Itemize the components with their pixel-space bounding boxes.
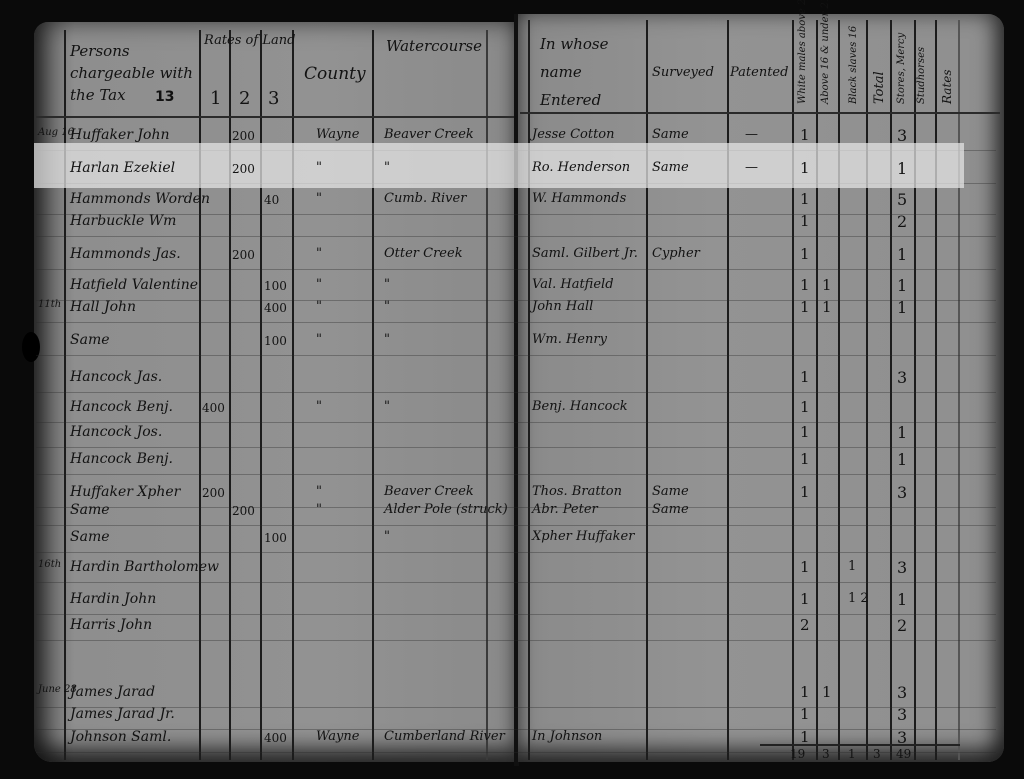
county-value: Wayne bbox=[316, 128, 359, 141]
header-rate-2: 2 bbox=[239, 90, 250, 108]
header-tally-studhorses: Studhorses bbox=[916, 47, 927, 104]
entered-name: Thos. Bratton bbox=[532, 485, 622, 498]
taxpayer-name: Huffaker John bbox=[70, 128, 169, 142]
watercourse-value: Beaver Creek bbox=[384, 485, 474, 498]
rate-2-acres: 200 bbox=[232, 249, 255, 261]
taxpayer-name: Huffaker Xpher bbox=[70, 485, 180, 499]
surveyed-value: Same bbox=[652, 485, 689, 498]
rate-1-acres: 400 bbox=[202, 402, 225, 414]
tally-total: 1 bbox=[897, 592, 907, 608]
row-rule bbox=[36, 322, 996, 323]
tally-total: 1 bbox=[897, 247, 907, 263]
taxpayer-name: Harbuckle Wm bbox=[70, 214, 176, 228]
entered-name: Ro. Henderson bbox=[532, 161, 630, 174]
tally-white-males: 1 bbox=[800, 161, 810, 176]
tally-slaves: 1 bbox=[848, 560, 856, 573]
tally-white-males: 1 bbox=[800, 485, 810, 500]
row-rule bbox=[36, 236, 996, 237]
county-value: " bbox=[316, 400, 322, 413]
tally-white-males: 1 bbox=[800, 400, 810, 415]
entered-name: In Johnson bbox=[532, 730, 602, 743]
entered-name: Jesse Cotton bbox=[532, 128, 615, 141]
tally-total: 1 bbox=[897, 278, 907, 294]
tally-white-males: 1 bbox=[800, 128, 810, 143]
watercourse-value: Otter Creek bbox=[384, 247, 463, 260]
taxpayer-name: Hardin Bartholomew bbox=[70, 560, 219, 574]
table-row[interactable] bbox=[520, 366, 1000, 392]
tally-white-males: 1 bbox=[800, 730, 810, 745]
taxpayer-name: Hammonds Worden bbox=[70, 192, 210, 206]
watercourse-value: " bbox=[384, 333, 390, 346]
county-value: " bbox=[316, 333, 322, 346]
taxpayer-name: Hancock Jas. bbox=[70, 370, 162, 384]
row-margin-date: 11th bbox=[38, 300, 61, 310]
watercourse-value: " bbox=[384, 400, 390, 413]
surveyed-value: Same bbox=[652, 161, 689, 174]
watercourse-value: " bbox=[384, 278, 390, 291]
county-value: " bbox=[316, 192, 322, 205]
watercourse-value: " bbox=[384, 530, 390, 543]
tally-white-males: 1 bbox=[800, 592, 810, 607]
header-tally-16-21: Above 16 & under 21 bbox=[820, 0, 831, 104]
entered-name: Benj. Hancock bbox=[532, 400, 628, 413]
total-tally4: 49 bbox=[896, 748, 911, 760]
total-tally3: 1 bbox=[848, 748, 856, 760]
rate-2-acres: 200 bbox=[232, 130, 255, 142]
header-tally-white-males: White males above 21 bbox=[797, 0, 808, 104]
tally-total: 3 bbox=[897, 128, 907, 144]
tally-total: 2 bbox=[897, 618, 907, 634]
taxpayer-name: Same bbox=[70, 333, 110, 347]
taxpayer-name: Hancock Benj. bbox=[70, 452, 173, 466]
rate-3-acres: 40 bbox=[264, 194, 279, 206]
header-rate-1: 1 bbox=[210, 90, 221, 108]
tally-white-males: 1 bbox=[800, 300, 810, 315]
header-surveyed: Surveyed bbox=[652, 66, 714, 79]
header-entered: In whose name Entered bbox=[540, 30, 640, 114]
row-rule bbox=[36, 392, 996, 393]
taxpayer-name: Same bbox=[70, 503, 110, 517]
tally-total: 3 bbox=[897, 560, 907, 576]
tally-slaves: 1 2 bbox=[848, 592, 869, 605]
tally-white-males: 1 bbox=[800, 370, 810, 385]
entered-name: Abr. Peter bbox=[532, 503, 598, 516]
row-rule bbox=[36, 640, 996, 641]
rate-3-acres: 100 bbox=[264, 335, 287, 347]
surveyed-value: Cypher bbox=[652, 247, 700, 260]
watercourse-value: " bbox=[384, 161, 390, 174]
header-watercourse: Watercourse bbox=[384, 30, 484, 62]
taxpayer-name: Hammonds Jas. bbox=[70, 247, 181, 261]
patented-value: — bbox=[745, 128, 758, 141]
county-value: " bbox=[316, 485, 322, 498]
tally-total: 3 bbox=[897, 685, 907, 701]
taxpayer-name: James Jarad Jr. bbox=[70, 707, 175, 721]
table-row[interactable] bbox=[520, 210, 1000, 236]
entered-name: Saml. Gilbert Jr. bbox=[532, 247, 638, 260]
table-row[interactable] bbox=[520, 448, 1000, 474]
row-rule bbox=[36, 582, 996, 583]
tally-total: 1 bbox=[897, 161, 907, 177]
tally-total: 1 bbox=[897, 425, 907, 441]
county-value: " bbox=[316, 278, 322, 291]
rate-3-acres: 100 bbox=[264, 280, 287, 292]
row-margin-date: 16th bbox=[38, 560, 61, 570]
surveyed-value: Same bbox=[652, 128, 689, 141]
entered-name: Wm. Henry bbox=[532, 333, 607, 346]
header-tally-stores: Stores, Mercy bbox=[896, 33, 907, 104]
tally-white-males: 1 bbox=[800, 707, 810, 722]
row-rule bbox=[36, 552, 996, 553]
table-row[interactable] bbox=[520, 614, 1000, 640]
patented-value: — bbox=[745, 161, 758, 174]
watercourse-value: Cumb. River bbox=[384, 192, 466, 205]
header-patented: Patented bbox=[730, 66, 788, 79]
taxpayer-name: Harris John bbox=[70, 618, 152, 632]
county-value: " bbox=[316, 161, 322, 174]
tally-16-21: 1 bbox=[822, 300, 832, 315]
taxpayer-name: Johnson Saml. bbox=[70, 730, 171, 744]
totals-rule bbox=[760, 744, 960, 746]
row-rule bbox=[36, 474, 996, 475]
header-tally-total: Total bbox=[872, 71, 887, 104]
table-row[interactable] bbox=[520, 588, 1000, 614]
rate-3-acres: 100 bbox=[264, 532, 287, 544]
row-rule bbox=[36, 183, 996, 184]
tally-16-21: 1 bbox=[822, 685, 832, 700]
header-rates-of-land: Rates of Land bbox=[204, 34, 295, 47]
row-rule bbox=[36, 269, 996, 270]
entered-name: John Hall bbox=[532, 300, 593, 313]
taxpayer-name: Hardin John bbox=[70, 592, 156, 606]
watercourse-value: Cumberland River bbox=[384, 730, 505, 743]
taxpayer-name: Hancock Benj. bbox=[70, 400, 173, 414]
rate-3-acres: 400 bbox=[264, 302, 287, 314]
tally-white-males: 1 bbox=[800, 278, 810, 293]
entered-name: Val. Hatfield bbox=[532, 278, 614, 291]
rate-3-acres: 400 bbox=[264, 732, 287, 744]
taxpayer-name: James Jarad bbox=[70, 685, 155, 699]
header-tally-slaves: Black slaves 16 bbox=[848, 26, 859, 104]
rate-1-acres: 200 bbox=[202, 487, 225, 499]
tally-white-males: 1 bbox=[800, 425, 810, 440]
row-rule bbox=[36, 150, 996, 151]
table-row[interactable] bbox=[520, 556, 1000, 582]
page-number: 13 bbox=[155, 89, 174, 105]
total-tally1: 19 bbox=[790, 748, 805, 760]
rate-2-acres: 200 bbox=[232, 163, 255, 175]
header-rate-3: 3 bbox=[268, 90, 279, 108]
tally-white-males: 1 bbox=[800, 560, 810, 575]
taxpayer-name: Hall John bbox=[70, 300, 136, 314]
header-county: County bbox=[304, 66, 366, 83]
total-tally3b: 3 bbox=[873, 748, 881, 760]
watercourse-value: " bbox=[384, 300, 390, 313]
tally-white-males: 1 bbox=[800, 452, 810, 467]
tally-total: 2 bbox=[897, 214, 907, 230]
header-tally-rates: Rates bbox=[940, 69, 954, 104]
tally-total: 1 bbox=[897, 300, 907, 316]
watercourse-value: Beaver Creek bbox=[384, 128, 474, 141]
row-margin-date: Aug 16 bbox=[38, 128, 74, 138]
header-rule-left bbox=[36, 116, 514, 118]
tally-white-males: 2 bbox=[800, 618, 810, 633]
taxpayer-name: Hatfield Valentine bbox=[70, 278, 198, 292]
tally-total: 3 bbox=[897, 370, 907, 386]
county-value: Wayne bbox=[316, 730, 359, 743]
tally-white-males: 1 bbox=[800, 685, 810, 700]
header-persons: Persons chargeable with the Tax bbox=[70, 40, 200, 106]
tally-16-21: 1 bbox=[822, 278, 832, 293]
tally-total: 5 bbox=[897, 192, 907, 208]
county-value: " bbox=[316, 300, 322, 313]
taxpayer-name: Hancock Jos. bbox=[70, 425, 162, 439]
taxpayer-name: Harlan Ezekiel bbox=[70, 161, 175, 175]
watercourse-value: Alder Pole (struck) bbox=[384, 503, 508, 516]
entered-name: W. Hammonds bbox=[532, 192, 626, 205]
tally-total: 1 bbox=[897, 452, 907, 468]
county-value: " bbox=[316, 247, 322, 260]
surveyed-value: Same bbox=[652, 503, 689, 516]
tally-total: 3 bbox=[897, 707, 907, 723]
row-rule bbox=[36, 355, 996, 356]
table-row[interactable] bbox=[520, 421, 1000, 447]
county-value: " bbox=[316, 503, 322, 516]
entered-name: Xpher Huffaker bbox=[532, 530, 634, 543]
tally-white-males: 1 bbox=[800, 214, 810, 229]
tally-white-males: 1 bbox=[800, 192, 810, 207]
total-tally2: 3 bbox=[822, 748, 830, 760]
taxpayer-name: Same bbox=[70, 530, 110, 544]
tally-white-males: 1 bbox=[800, 247, 810, 262]
rate-2-acres: 200 bbox=[232, 505, 255, 517]
